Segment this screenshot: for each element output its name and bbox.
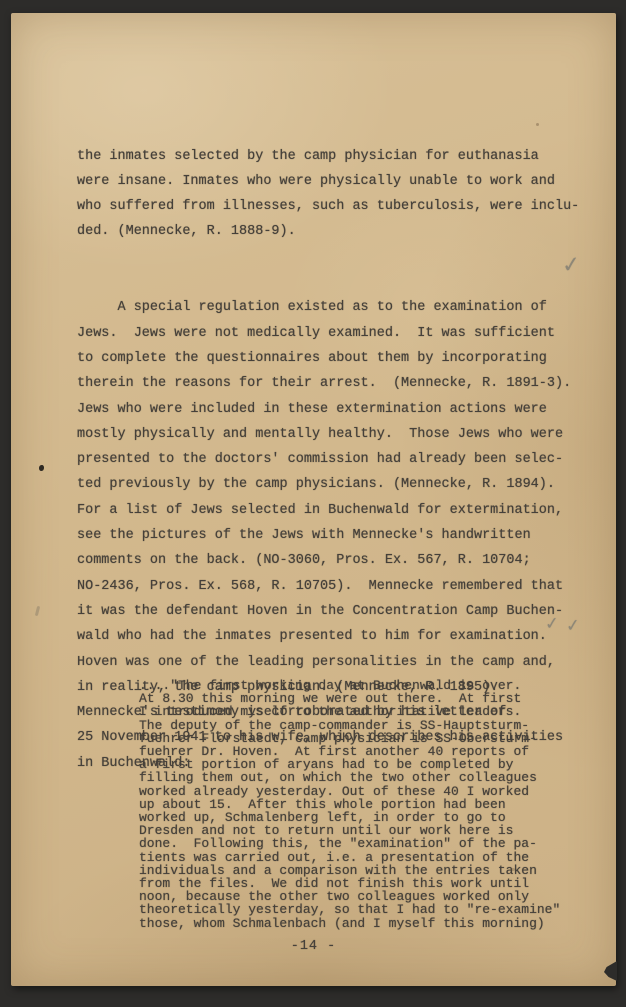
text-line: The deputy of the camp-commander is SS-H… [139, 719, 589, 732]
document-page: the inmates selected by the camp physici… [11, 13, 616, 986]
text-line: were insane. Inmates who were physically… [77, 169, 597, 194]
margin-ink-dot [39, 465, 44, 471]
text-line: theoretically yesterday, so that I had t… [139, 903, 589, 916]
text-line: mostly physically and mentally healthy. … [77, 422, 597, 447]
text-line: Hoven was one of the leading personaliti… [77, 650, 597, 675]
text-line: therein the reasons for their arrest. (M… [77, 371, 597, 396]
text-line: those, whom Schmalenbach (and I myself t… [139, 917, 589, 930]
paragraph-euthanasia-selection: the inmates selected by the camp physici… [77, 144, 597, 245]
text-line: ded. (Mennecke, R. 1888-9). [77, 219, 597, 244]
text-line: who suffered from illnesses, such as tub… [77, 194, 597, 219]
text-line: it was the defendant Hoven in the Concen… [77, 599, 597, 624]
text-line: tients was carried out, i.e. a presentat… [139, 851, 589, 864]
paper-speck [511, 868, 515, 871]
text-line: comments on the back. (NO-3060, Pros. Ex… [77, 548, 597, 573]
text-line: the inmates selected by the camp physici… [77, 144, 597, 169]
text-line: Jews who were included in these extermin… [77, 397, 597, 422]
text-line: wald who had the inmates presented to hi… [77, 624, 597, 649]
text-line: A special regulation existed as to the e… [77, 295, 597, 320]
pencil-checkmark-icon: ✓ [544, 613, 560, 634]
margin-pencil-smudge [35, 606, 40, 616]
text-line: ted previously by the camp physicians. (… [77, 472, 597, 497]
text-line: worked already yesterday. Out of these 4… [139, 785, 589, 798]
text-line: For a list of Jews selected in Buchenwal… [77, 498, 597, 523]
paper-edge-notch [604, 961, 617, 981]
text-line: presented to the doctors' commission had… [77, 447, 597, 472]
text-line: to complete the questionnaires about the… [77, 346, 597, 371]
paper-speck [536, 123, 539, 126]
blockquote-letter-excerpt: ...."The first working day at Buchenwald… [139, 679, 589, 930]
text-line: done. Following this, the "examination" … [139, 837, 589, 850]
text-line: I introduced myself to the authoritative… [139, 705, 589, 718]
text-line: Jews. Jews were not medically examined. … [77, 321, 597, 346]
text-line: see the pictures of the Jews with Mennec… [77, 523, 597, 548]
scan-background: the inmates selected by the camp physici… [0, 0, 626, 1007]
text-line: filling them out, on which the two other… [139, 771, 589, 784]
text-line: NO-2436, Pros. Ex. 568, R. 10705). Menne… [77, 574, 597, 599]
pencil-checkmark-icon: ✓ [561, 252, 582, 279]
pencil-checkmark-icon: ✓ [565, 615, 581, 636]
page-number: -14 - [11, 939, 616, 954]
